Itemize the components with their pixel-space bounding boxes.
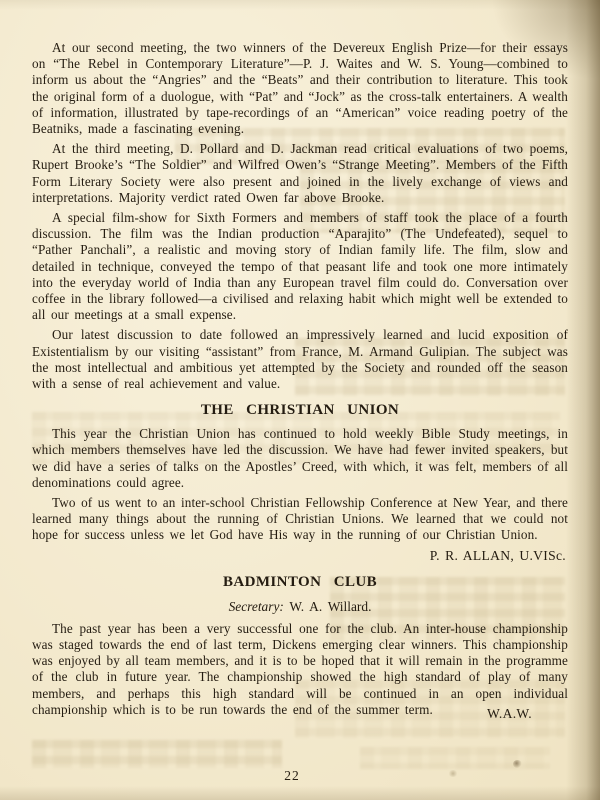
paragraph-third-meeting: At the third meeting, D. Pollard and D. …: [32, 141, 568, 206]
paragraph-bible-study: This year the Christian Union has contin…: [32, 426, 568, 491]
secretary-name: W. A. Willard.: [289, 599, 371, 614]
heading-badminton-club: BADMINTON CLUB: [32, 574, 568, 591]
paragraph-existentialism: Our latest discussion to date followed a…: [32, 327, 568, 392]
signature-pr-allan: P. R. ALLAN, U.VISc.: [32, 548, 568, 564]
paragraph-film-show: A special film-show for Sixth Formers an…: [32, 210, 568, 323]
bleed-through-text: [32, 740, 282, 768]
magazine-page: At our second meeting, the two winners o…: [0, 0, 600, 800]
ink-speck: [513, 760, 522, 768]
page-text-block: At our second meeting, the two winners o…: [0, 0, 600, 722]
secretary-line: Secretary: W. A. Willard.: [32, 598, 568, 615]
paragraph-badminton-report: The past year has been a very successful…: [32, 621, 568, 718]
page-number: 22: [0, 768, 584, 784]
bleed-through-text: [360, 747, 550, 769]
paragraph-fellowship-conference: Two of us went to an inter-school Christ…: [32, 495, 568, 544]
secretary-label: Secretary:: [229, 599, 284, 614]
heading-christian-union: THE CHRISTIAN UNION: [32, 402, 568, 419]
paragraph-second-meeting: At our second meeting, the two winners o…: [32, 40, 568, 137]
